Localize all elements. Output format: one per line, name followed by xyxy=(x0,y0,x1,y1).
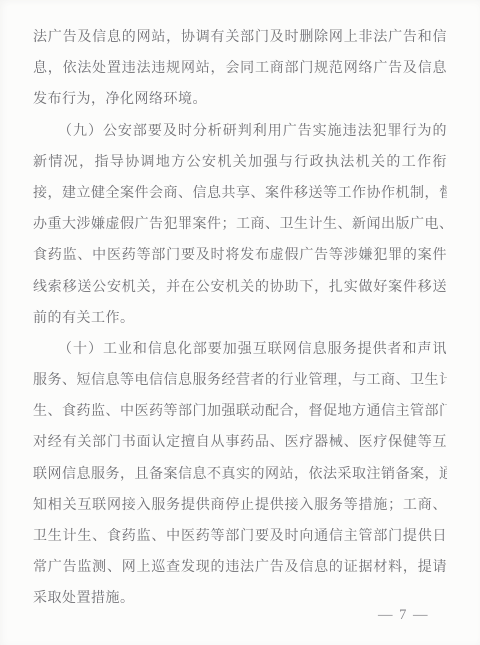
text-line: 接，建立健全案件会商、信息共享、案件移送等工作协作机制，督 xyxy=(33,178,447,209)
scanned-document-page: 法广告及信息的网站，协调有关部门及时删除网上非法广告和信 息，依法处置违法违规网… xyxy=(0,0,480,645)
text-line: 线索移送公安机关，并在公安机关的协助下，扎实做好案件移送 xyxy=(33,272,447,303)
text-line-paragraph-nine-start: （九）公安部要及时分析研判利用广告实施违法犯罪行为的 xyxy=(33,116,447,147)
page-number: — 7 — xyxy=(378,607,429,624)
text-line: 常广告监测、网上巡查发现的违法广告及信息的证据材料，提请 xyxy=(33,552,447,583)
text-line: 卫生计生、食药监、中医药等部门要及时向通信主管部门提供日 xyxy=(33,521,447,552)
text-line: 前的有关工作。 xyxy=(33,303,447,334)
text-line: 服务、短信息等电信信息服务经营者的行业管理，与工商、卫生计 xyxy=(33,365,447,396)
text-line: 新情况，指导协调地方公安机关加强与行政执法机关的工作衔 xyxy=(33,147,447,178)
text-line: 生、食药监、中医药等部门加强联动配合，督促地方通信主管部门 xyxy=(33,396,447,427)
text-line: 息，依法处置违法违规网站，会同工商部门规范网络广告及信息 xyxy=(33,53,447,84)
text-line: 发布行为，净化网络环境。 xyxy=(33,84,447,115)
text-line: 法广告及信息的网站，协调有关部门及时删除网上非法广告和信 xyxy=(33,22,447,53)
text-line: 对经有关部门书面认定擅自从事药品、医疗器械、医疗保健等互 xyxy=(33,427,447,458)
text-line: 知相关互联网接入服务提供商停止提供接入服务等措施；工商、 xyxy=(33,490,447,521)
text-line-paragraph-ten-start: （十）工业和信息化部要加强互联网信息服务提供者和声讯 xyxy=(33,334,447,365)
text-line: 办重大涉嫌虚假广告犯罪案件；工商、卫生计生、新闻出版广电、 xyxy=(33,209,447,240)
text-line: 联网信息服务，且备案信息不真实的网站，依法采取注销备案，通 xyxy=(33,459,447,490)
text-line: 食药监、中医药等部门要及时将发布虚假广告等涉嫌犯罪的案件 xyxy=(33,240,447,271)
document-body: 法广告及信息的网站，协调有关部门及时删除网上非法广告和信 息，依法处置违法违规网… xyxy=(33,22,447,615)
